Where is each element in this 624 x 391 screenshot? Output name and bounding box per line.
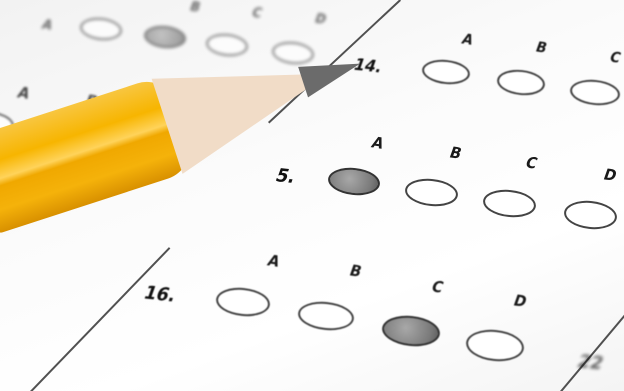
option-label: D bbox=[511, 291, 529, 311]
option-label: A bbox=[40, 17, 55, 33]
option-label: C bbox=[250, 5, 264, 21]
answer-bubble-a-filled[interactable] bbox=[327, 165, 382, 197]
option-label: D bbox=[601, 165, 619, 185]
answer-sheet-photo: A B C D A B C D 14. A B C 5. A B C D bbox=[0, 0, 624, 391]
answer-bubble-c[interactable] bbox=[569, 77, 621, 107]
option-label: B bbox=[447, 143, 464, 162]
column-divider-bottom bbox=[30, 247, 170, 391]
option-label: A bbox=[265, 251, 282, 270]
option-label: C bbox=[607, 49, 622, 66]
question-number-partial: 22 bbox=[575, 351, 607, 375]
question-number: 5. bbox=[273, 165, 299, 188]
option-label: C bbox=[429, 277, 446, 296]
answer-bubble-d[interactable] bbox=[465, 327, 526, 364]
option-label: B bbox=[533, 39, 549, 56]
answer-bubble-d[interactable] bbox=[563, 198, 619, 231]
answer-bubble-c[interactable] bbox=[482, 187, 538, 219]
answer-bubble-c-filled[interactable] bbox=[381, 313, 442, 349]
answer-bubble-a[interactable] bbox=[215, 285, 272, 318]
pencil bbox=[0, 0, 435, 234]
answer-bubble-b[interactable] bbox=[496, 68, 546, 98]
option-label: B bbox=[347, 261, 364, 280]
answer-bubble-b-filled[interactable] bbox=[143, 24, 187, 50]
answer-bubble-a[interactable] bbox=[79, 16, 123, 42]
answer-bubble-b[interactable] bbox=[297, 299, 356, 333]
option-label: A bbox=[459, 31, 475, 48]
option-label: C bbox=[523, 153, 540, 172]
pencil-wood-tip bbox=[152, 26, 345, 174]
option-label: B bbox=[188, 0, 203, 16]
question-number: 16. bbox=[141, 282, 179, 306]
option-label: A bbox=[369, 133, 386, 152]
answer-bubble-b[interactable] bbox=[404, 176, 460, 208]
